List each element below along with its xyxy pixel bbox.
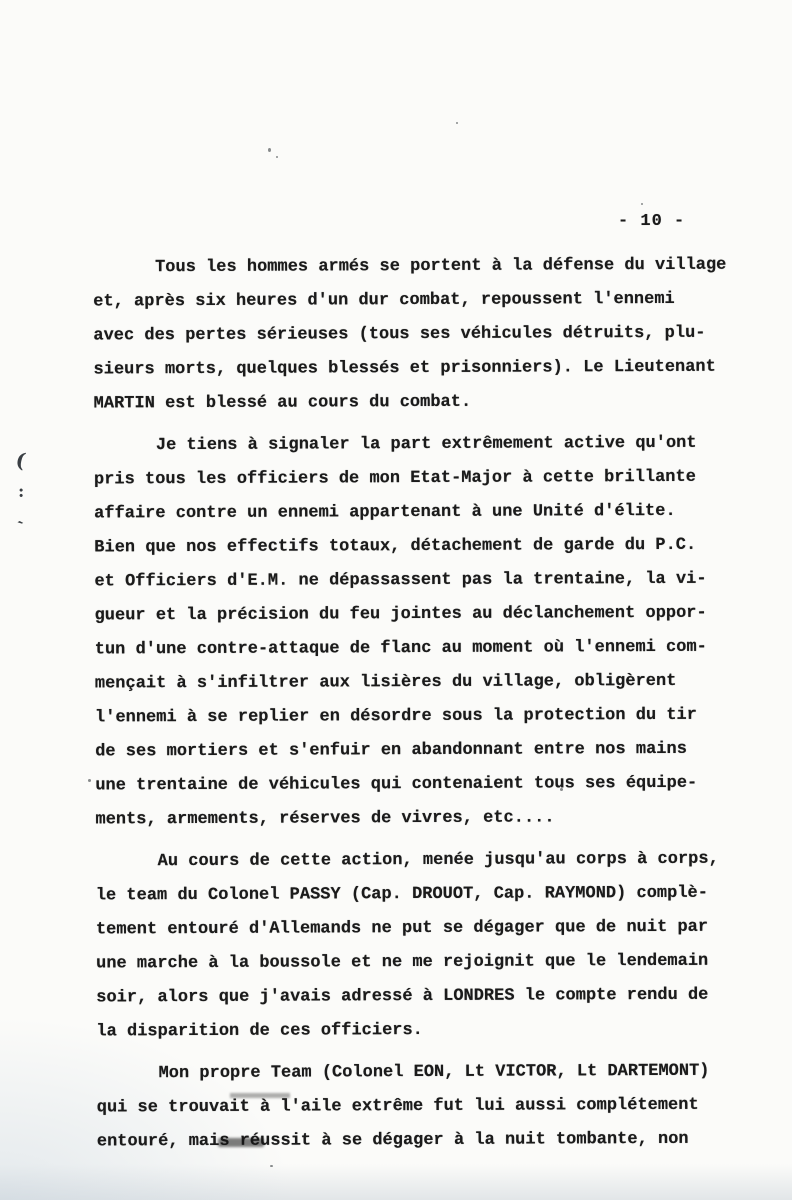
text-line: et, après six heures d'un dur combat, re… — [93, 283, 753, 320]
text-line: de ses mortiers et s'enfuir en abandonna… — [95, 733, 755, 770]
text-line: ments, armements, réserves de vivres, et… — [95, 801, 755, 838]
text-line: avec des pertes sérieuses (tous ses véhi… — [93, 317, 753, 354]
text-line: mençait à s'infiltrer aux lisières du vi… — [95, 665, 755, 702]
text-line: pris tous les officiers de mon Etat-Majo… — [94, 461, 754, 498]
text-line: Bien que nos effectifs totaux, détacheme… — [94, 529, 754, 566]
ink-speck — [270, 1165, 273, 1167]
text-line: une trentaine de véhicules qui contenaie… — [95, 767, 755, 804]
pen-mark: ( — [14, 447, 28, 472]
text-line: tun d'une contre-attaque de flanc au mom… — [95, 631, 755, 668]
paragraph: Tous les hommes armés se portent à la dé… — [93, 249, 754, 422]
text-line: et Officiers d'E.M. ne dépassassent pas … — [94, 563, 754, 600]
paragraph: Mon propre Team (Colonel EON, Lt VICTOR,… — [97, 1055, 757, 1160]
text-line: Je tiens à signaler la part extrêmement … — [94, 427, 754, 464]
pen-mark: : — [18, 482, 24, 502]
ink-speck — [456, 122, 458, 124]
text-line: le team du Colonel PASSY (Cap. DROUOT, C… — [96, 877, 756, 914]
ink-speck — [268, 148, 271, 152]
text-line: Au cours de cette action, menée jusqu'au… — [96, 843, 756, 880]
text-line: affaire contre un ennemi appartenant à u… — [94, 495, 754, 532]
text-line: qui se trouvait à l'aile extrême fut lui… — [97, 1089, 757, 1126]
ink-smudge — [230, 1093, 290, 1098]
paragraph: Je tiens à signaler la part extrêmement … — [94, 427, 756, 838]
scanned-document-page: - 10 - Tous les hommes armés se portent … — [0, 0, 792, 1200]
text-line: une marche à la boussole et ne me rejoig… — [96, 945, 756, 982]
text-line: sieurs morts, quelques blessés et prison… — [93, 351, 753, 388]
text-line: l'ennemi à se replier en désordre sous l… — [95, 699, 755, 736]
text-line: gueur et la précision du feu jointes au … — [95, 597, 755, 634]
text-line: Mon propre Team (Colonel EON, Lt VICTOR,… — [97, 1055, 757, 1092]
document-body: Tous les hommes armés se portent à la dé… — [93, 249, 757, 1168]
ink-speck — [88, 779, 91, 782]
pen-mark: ` — [16, 517, 34, 540]
text-line: tement entouré d'Allemands ne put se dég… — [96, 911, 756, 948]
ink-speck — [560, 788, 563, 791]
text-line: la disparition de ces officiers. — [96, 1013, 756, 1050]
text-line: Tous les hommes armés se portent à la dé… — [93, 249, 753, 286]
margin-pen-marks: ( : ` — [10, 0, 40, 1200]
page-number: - 10 - — [618, 212, 685, 231]
ink-speck — [276, 156, 278, 158]
ink-speck — [641, 203, 643, 205]
text-line: entouré, mais réussit à se dégager à la … — [97, 1123, 757, 1160]
ink-smudge — [218, 1138, 264, 1147]
text-line: MARTIN est blessé au cours du combat. — [94, 385, 754, 422]
paragraph: Au cours de cette action, menée jusqu'au… — [96, 843, 757, 1050]
text-line: soir, alors que j'avais adressé à LONDRE… — [96, 979, 756, 1016]
